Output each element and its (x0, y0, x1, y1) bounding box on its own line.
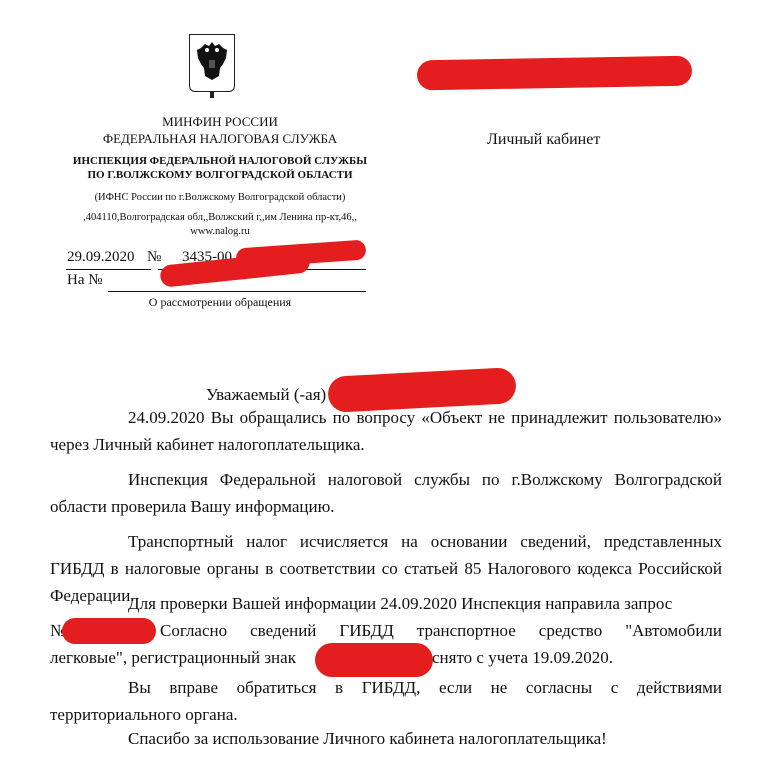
redaction-request-number (62, 618, 156, 644)
paragraph-appeal-wrap: Вы вправе обратиться в ГИБДД, если не со… (50, 674, 722, 728)
redaction-recipient (417, 56, 692, 91)
date-underline (66, 268, 151, 270)
coat-of-arms-emblem (189, 34, 235, 92)
paragraph-appeal: Вы вправе обратиться в ГИБДД, если не со… (50, 674, 722, 728)
redaction-plate (315, 643, 433, 677)
paragraph-thanks: Спасибо за использование Личного кабинет… (128, 729, 607, 749)
service-name: ФЕДЕРАЛЬНАЯ НАЛОГОВАЯ СЛУЖБА (60, 131, 380, 147)
paragraph-inspection: Инспекция Федеральной налоговой службы п… (50, 466, 722, 520)
letter-date: 29.09.2020 (67, 249, 135, 266)
recipient-caption: Личный кабинет (487, 131, 600, 149)
inspection-short-name: (ИФНС России по г.Волжскому Волгоградско… (60, 192, 380, 203)
reply-to-underline (108, 290, 366, 292)
check-line-1: Для проверки Вашей информации 24.09.2020… (128, 594, 728, 614)
letter-body: 24.09.2020 Вы обращались по вопросу «Объ… (50, 404, 722, 609)
ministry-name: МИНФИН РОССИИ (60, 114, 380, 130)
check-line-3a: легковые", регистрационный знак (50, 648, 296, 668)
russian-coat-of-arms-icon (193, 38, 231, 86)
number-label: № (147, 249, 161, 266)
check-line-3b: снято с учета 19.09.2020. (432, 648, 613, 668)
salutation: Уважаемый (-ая) (206, 385, 326, 405)
inspection-line-2: ПО Г.ВОЛЖСКОМУ ВОЛГОГРАДСКОЙ ОБЛАСТИ (60, 169, 380, 181)
emblem-tail (210, 92, 214, 98)
paragraph-request: 24.09.2020 Вы обращались по вопросу «Объ… (50, 404, 722, 458)
letter-subject: О рассмотрении обращения (60, 295, 380, 310)
reply-to-label: На № (67, 272, 103, 289)
inspection-website: www.nalog.ru (60, 226, 380, 237)
inspection-line-1: ИНСПЕКЦИЯ ФЕДЕРАЛЬНОЙ НАЛОГОВОЙ СЛУЖБЫ (60, 155, 380, 167)
inspection-address: ,404110,Волгоградская обл,,Волжский г,,и… (60, 212, 380, 223)
check-line-2: Согласно сведений ГИБДД транспортное сре… (160, 621, 722, 641)
